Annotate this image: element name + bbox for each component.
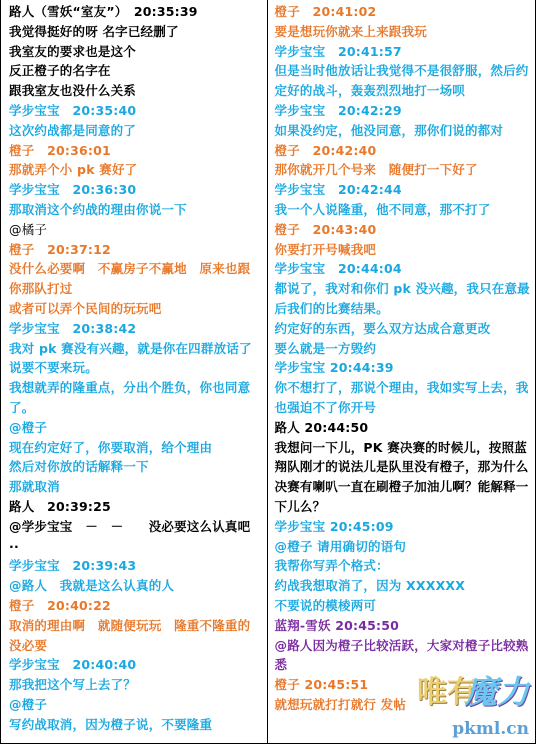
chat-message-text: 写约战取消，因为橙子说，不要隆重 (9, 715, 267, 735)
chat-message-text: 你不想打了，那说个理由，我如实写上去，我也强迫不了你开号 (275, 378, 536, 418)
chat-message-text: 现在约定好了，你要取消，给个理由 (9, 438, 267, 458)
chat-message-header: 学步宝宝 20:42:29 (275, 101, 536, 121)
chat-message-text: @路人 我就是这么认真的人 (9, 576, 267, 596)
chat-message-text: 我对 pk 赛没有兴趣，就是你在四群放话了说要不要来玩。 (9, 339, 267, 379)
chat-message-text: @学步宝宝 － － 没必要这么认真吧 ·· (9, 517, 267, 557)
chat-message-header: 学步宝宝 20:40:40 (9, 655, 267, 675)
chat-log-left-column: 路人（雪妖“室友”） 20:35:39我觉得挺好的呀 名字已经删了我室友的要求也… (1, 0, 268, 743)
chat-message-text: 跟我室友也没什么关系 (9, 81, 267, 101)
chat-message-header: 路人 20:44:50 (275, 418, 536, 438)
chat-message-header: 蓝翔-雪妖 20:45:50 (275, 616, 536, 636)
chat-message-text: 我室友的要求也是这个 (9, 42, 267, 62)
chat-message-text: 约定好的东西，要么双方达成合意更改 (275, 319, 536, 339)
chat-message-text: 那就取消 (9, 477, 267, 497)
chat-message-header: 路人 20:39:25 (9, 497, 267, 517)
chat-message-header: 学步宝宝 20:39:43 (9, 556, 267, 576)
chat-message-header: 学步宝宝 20:35:40 (9, 101, 267, 121)
chat-message-text: 没什么必要啊 不赢房子不赢地 原来也跟你那队打过 (9, 259, 267, 299)
chat-message-header: 橙子 20:36:01 (9, 141, 267, 161)
chat-message-header: 学步宝宝 20:41:57 (275, 42, 536, 62)
chat-message-text: 不要说的模棱两可 (275, 596, 536, 616)
chat-message-header: 学步宝宝 20:36:30 (9, 180, 267, 200)
chat-message-header: 学步宝宝 20:38:42 (9, 319, 267, 339)
chat-message-text: @橙子 (9, 695, 267, 715)
chat-message-header: 橙子 20:45:51 (275, 675, 536, 695)
chat-message-text: 都说了，我对和你们 pk 没兴趣，我只在意最后我们的比赛结果。 (275, 279, 536, 319)
chat-message-text: 我帮你写弄个格式： (275, 556, 536, 576)
chat-message-header: 橙子 20:41:02 (275, 2, 536, 22)
chat-message-header: 橙子 20:40:22 (9, 596, 267, 616)
chat-message-text: 我觉得挺好的呀 名字已经删了 (9, 22, 267, 42)
chat-message-header: 学步宝宝 20:44:39 (275, 358, 536, 378)
chat-message-header: 橙子 20:42:40 (275, 141, 536, 161)
chat-message-header: 路人（雪妖“室友”） 20:35:39 (9, 2, 267, 22)
chat-message-text: 我想问一下儿，PK 赛决赛的时候儿，按照蓝翔队刚才的说法儿是队里没有橙子，那为什… (275, 438, 536, 517)
chat-message-text: 取消的理由啊 就随便玩玩 隆重不隆重的没必要 (9, 616, 267, 656)
chat-message-text: 约战我想取消了，因为 XXXXXX (275, 576, 536, 596)
chat-message-header: 学步宝宝 20:44:04 (275, 259, 536, 279)
chat-message-text: 我一个人说隆重，他不同意，那不打了 (275, 200, 536, 220)
chat-message-text: 然后对你放的话解释一下 (9, 457, 267, 477)
chat-message-text: @橙子 请用确切的语句 (275, 537, 536, 557)
chat-message-text: @路人因为橙子比较活跃，大家对橙子比较熟悉 (275, 636, 536, 676)
chat-message-text: 那就弄个小 pk 赛好了 (9, 160, 267, 180)
chat-message-text: @橘子 (9, 220, 267, 240)
chat-message-text: 就想玩就打打就行 发帖 (275, 695, 536, 715)
chat-message-text: 这次约战都是同意的了 (9, 121, 267, 141)
chat-message-text: 要么就是一方毁约 (275, 339, 536, 359)
chat-message-text: 那你就开几个号来 随便打一下好了 (275, 160, 536, 180)
chat-log-right-column: 橙子 20:41:02要是想玩你就来上来跟我玩学步宝宝 20:41:57但是当时… (268, 0, 536, 743)
chat-message-header: 橙子 20:37:12 (9, 240, 267, 260)
chat-message-text: 如果没约定，他没同意，那你们说的都对 (275, 121, 536, 141)
chat-message-text: 我想就弄的隆重点，分出个胜负，你也同意了。 (9, 378, 267, 418)
chat-message-header: 橙子 20:43:40 (275, 220, 536, 240)
chat-message-text: @橙子 (9, 418, 267, 438)
chat-message-text: 或者可以弄个民间的玩玩吧 (9, 299, 267, 319)
chat-message-text: 那我把这个写上去了？ (9, 675, 267, 695)
chat-message-text: 那取消这个约战的理由你说一下 (9, 200, 267, 220)
chat-message-header: 学步宝宝 20:42:44 (275, 180, 536, 200)
chat-message-header: 学步宝宝 20:45:09 (275, 517, 536, 537)
chat-log-table: 路人（雪妖“室友”） 20:35:39我觉得挺好的呀 名字已经删了我室友的要求也… (0, 0, 536, 744)
chat-message-text: 反正橙子的名字在 (9, 61, 267, 81)
chat-message-text: 但是当时他放话让我觉得不是很舒服，然后约定好的战斗，轰轰烈烈地打一场呗 (275, 61, 536, 101)
chat-message-text: 要是想玩你就来上来跟我玩 (275, 22, 536, 42)
chat-message-text: 你要打开号喊我吧 (275, 240, 536, 260)
